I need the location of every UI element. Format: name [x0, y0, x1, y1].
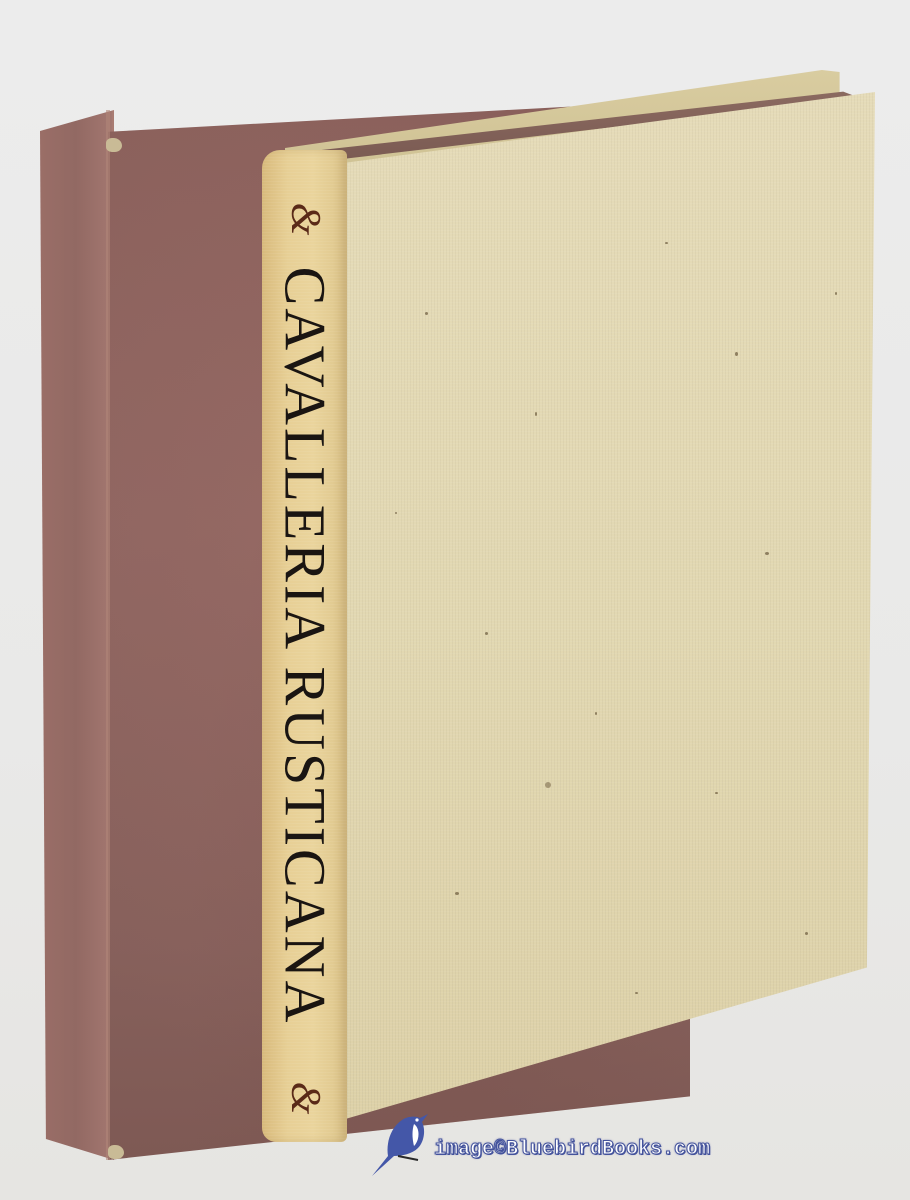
watermark: image©BluebirdBooks.com [368, 1108, 710, 1178]
slipcase-side-panel [40, 110, 114, 1160]
slipcase-wear-spot-bottom [108, 1145, 124, 1159]
spine-ornament-top: & [281, 203, 329, 236]
spine-ornament-bottom: & [281, 1082, 329, 1115]
bluebird-icon [368, 1108, 430, 1178]
slipcase-wear-spot-top [106, 138, 122, 152]
spine-title: Cavalleria Rusticana [271, 267, 338, 1026]
slipcase-edge [106, 110, 110, 1160]
book-spine: & Cavalleria Rusticana & [262, 150, 347, 1142]
product-photo: & Cavalleria Rusticana & image©BluebirdB… [0, 0, 910, 1200]
book-front-cover [335, 92, 875, 1122]
watermark-text: image©BluebirdBooks.com [434, 1138, 710, 1161]
